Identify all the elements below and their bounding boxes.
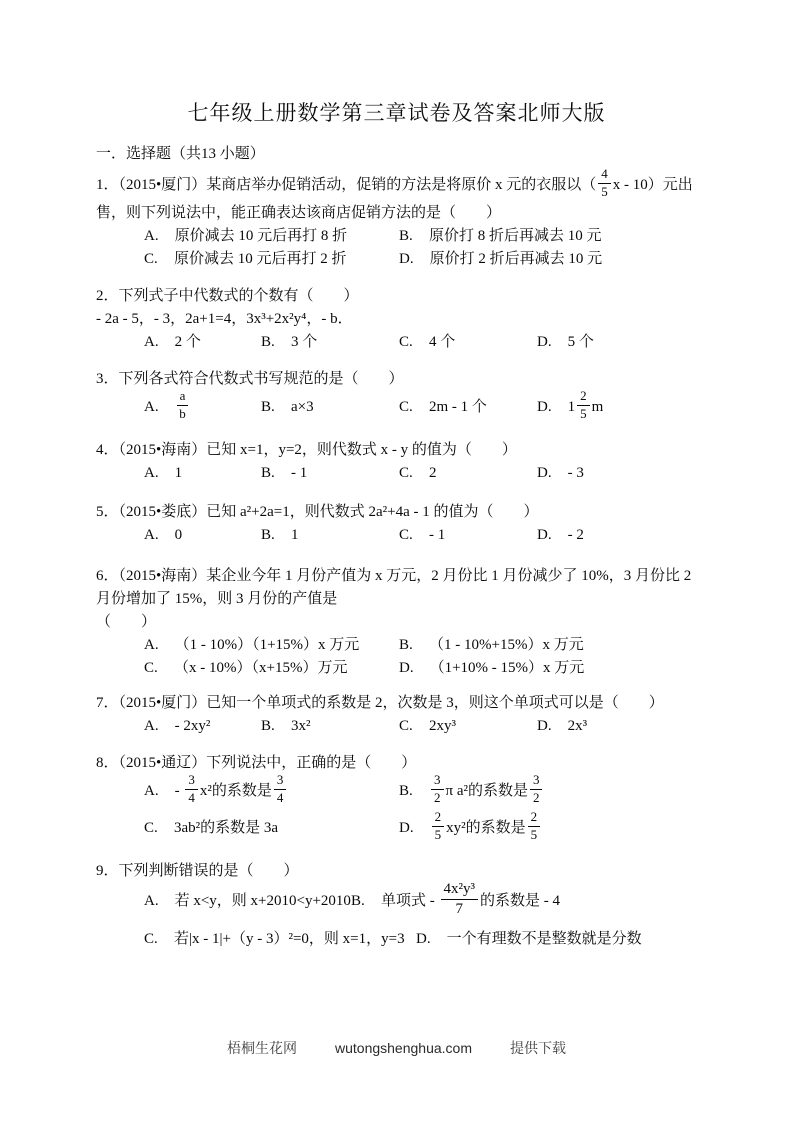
option-label: B. (399, 780, 413, 803)
option-c: C.（x - 10%）（x+15%）万元 (144, 657, 399, 680)
option-d: D.- 2 (537, 524, 697, 547)
footer-download-note: 提供下载 (510, 1042, 566, 1057)
fraction-numerator: 3 (185, 773, 198, 790)
option-text: 4 个 (429, 334, 455, 350)
question-3-stem: 3．下列各式符合代数式书写规范的是（ ） (96, 368, 697, 391)
option-text: 原价打 8 折后再减去 10 元 (429, 228, 602, 244)
option-label: B. (351, 890, 365, 913)
fraction-numerator: 3 (274, 773, 287, 790)
option-text: 3ab²的系数是 3a (174, 820, 278, 836)
option-text: - 1 (291, 465, 307, 481)
option-text: 的系数是 - 4 (480, 893, 560, 909)
option-a: A.若 x<y，则 x+2010<y+2010 (144, 890, 351, 913)
question-6-stem-line2: 月份增加了 15%，则 3 月份的产值是 (96, 588, 697, 611)
fraction: 32 (530, 773, 543, 806)
fraction: 34 (274, 773, 287, 806)
fraction: 34 (185, 773, 198, 806)
option-label: D. (537, 715, 552, 738)
option-text: 若|x - 1|+（y - 3）²=0，则 x=1，y=3 (174, 931, 405, 947)
question-8-stem: 8．（2015•通辽）下列说法中，正确的是（ ） (96, 752, 697, 775)
option-b: B.3 个 (261, 331, 399, 354)
option-label: D. (399, 817, 414, 840)
option-c: C.原价减去 10 元后再打 2 折 (144, 248, 399, 271)
option-label: C. (144, 657, 158, 680)
option-label: C. (399, 396, 413, 419)
option-text: 3x² (291, 718, 311, 734)
fraction-numerator: 3 (530, 773, 543, 790)
option-d: D.一个有理数不是整数就是分数 (416, 928, 642, 951)
option-b: B.单项式 - 4x²y³7的系数是 - 4 (351, 883, 560, 921)
option-text: π a²的系数是 (446, 783, 528, 799)
fraction: 25 (432, 810, 445, 843)
option-label: A. (144, 462, 159, 485)
option-label: D. (537, 331, 552, 354)
option-label: C. (144, 248, 158, 271)
question-6: 6．（2015•海南）某企业今年 1 月份产值为 x 万元，2 月份比 1 月份… (96, 565, 697, 680)
question-7-stem: 7．（2015•厦门）已知一个单项式的系数是 2，次数是 3，则这个单项式可以是… (96, 692, 697, 715)
option-text: xy²的系数是 (446, 820, 526, 836)
question-7: 7．（2015•厦门）已知一个单项式的系数是 2，次数是 3，则这个单项式可以是… (96, 692, 697, 738)
question-5-options: A.0 B.1 C.- 1 D.- 2 (144, 524, 697, 547)
option-label: C. (144, 817, 158, 840)
question-4-stem: 4．（2015•海南）已知 x=1，y=2，则代数式 x - y 的值为（ ） (96, 439, 697, 462)
fraction-denominator: 7 (441, 900, 479, 918)
option-b: B.（1 - 10%+15%）x 万元 (399, 634, 697, 657)
option-d: D.原价打 2 折后再减去 10 元 (399, 248, 697, 271)
fraction-numerator: 4 (598, 167, 611, 184)
question-3: 3．下列各式符合代数式书写规范的是（ ） A.ab B.a×3 C.2m - 1… (96, 368, 697, 424)
option-label: A. (144, 780, 159, 803)
option-d: D.（1+10% - 15%）x 万元 (399, 657, 697, 680)
fraction: 25 (528, 810, 541, 843)
fraction-denominator: 2 (431, 790, 444, 806)
question-8: 8．（2015•通辽）下列说法中，正确的是（ ） A.- 34x²的系数是34 … (96, 752, 697, 845)
question-6-options-row1: A.（1 - 10%）（1+15%）x 万元 B.（1 - 10%+15%）x … (144, 634, 697, 657)
question-2-expression: - 2a - 5，- 3，2a+1=4，3x³+2x²y⁴，- b． (96, 308, 697, 331)
option-b: B.32π a²的系数是32 (399, 775, 697, 808)
option-label: B. (399, 634, 413, 657)
option-text: 2m - 1 个 (429, 399, 487, 415)
fraction: ab (177, 389, 189, 422)
question-6-stem-line1: 6．（2015•海南）某企业今年 1 月份产值为 x 万元，2 月份比 1 月份… (96, 565, 697, 588)
question-3-options: A.ab B.a×3 C.2m - 1 个 D.125m (144, 391, 697, 424)
option-text: - 3 (568, 465, 584, 481)
question-9: 9．下列判断错误的是（ ） A.若 x<y，则 x+2010<y+2010 B.… (96, 860, 697, 952)
footer-site-name: 梧桐生花网 (227, 1042, 297, 1057)
fraction: 45 (598, 167, 611, 200)
question-1: 1．（2015•厦门）某商店举办促销活动，促销的方法是将原价 x 元的衣服以（4… (96, 169, 697, 271)
option-a: A.0 (144, 524, 261, 547)
option-label: A. (144, 715, 159, 738)
option-a: A.2 个 (144, 331, 261, 354)
option-label: A. (144, 225, 159, 248)
option-text: （1 - 10%+15%）x 万元 (429, 637, 584, 653)
fraction-numerator: 4x²y³ (441, 881, 479, 900)
option-b: B.- 1 (261, 462, 399, 485)
option-a: A.原价减去 10 元后再打 8 折 (144, 225, 399, 248)
question-8-options-row1: A.- 34x²的系数是34 B.32π a²的系数是32 (144, 775, 697, 808)
question-2-stem: 2．下列式子中代数式的个数有（ ） (96, 285, 697, 308)
option-label: B. (261, 715, 275, 738)
option-d: D.125m (537, 391, 697, 424)
option-text: 2 (429, 465, 437, 481)
fraction-numerator: 2 (577, 389, 590, 406)
option-text: m (592, 399, 604, 415)
section-heading: 一．选择题（共13 小题） (96, 143, 697, 166)
option-label: C. (144, 928, 158, 951)
fraction-numerator: 3 (431, 773, 444, 790)
option-d: D.- 3 (537, 462, 697, 485)
option-text: x²的系数是 (200, 783, 272, 799)
question-4-options: A.1 B.- 1 C.2 D.- 3 (144, 462, 697, 485)
option-text: 2xy³ (429, 718, 456, 734)
option-a: A.（1 - 10%）（1+15%）x 万元 (144, 634, 399, 657)
stem-text: x - 10）元出 (613, 177, 693, 193)
fraction-denominator: 5 (528, 827, 541, 843)
fraction-denominator: 2 (530, 790, 543, 806)
option-label: D. (537, 524, 552, 547)
option-label: D. (537, 462, 552, 485)
option-c: C.4 个 (399, 331, 537, 354)
option-label: B. (261, 331, 275, 354)
fraction-denominator: 5 (577, 406, 590, 422)
question-8-options-row2: C.3ab²的系数是 3a D.25xy²的系数是25 (144, 812, 697, 845)
option-label: A. (144, 890, 159, 913)
option-b: B.原价打 8 折后再减去 10 元 (399, 225, 697, 248)
fraction: 4x²y³7 (441, 881, 479, 919)
option-label: C. (399, 462, 413, 485)
question-7-options: A.- 2xy² B.3x² C.2xy³ D.2x³ (144, 715, 697, 738)
option-text: 5 个 (568, 334, 594, 350)
option-text: 2 个 (175, 334, 201, 350)
option-c: C.若|x - 1|+（y - 3）²=0，则 x=1，y=3 (144, 928, 416, 951)
option-text: - 2xy² (175, 718, 211, 734)
option-d: D.2x³ (537, 715, 697, 738)
question-6-options-row2: C.（x - 10%）（x+15%）万元 D.（1+10% - 15%）x 万元 (144, 657, 697, 680)
option-d: D.25xy²的系数是25 (399, 812, 697, 845)
option-label: B. (261, 396, 275, 419)
fraction-numerator: 2 (432, 810, 445, 827)
page-title: 七年级上册数学第三章试卷及答案北师大版 (96, 100, 697, 127)
option-label: A. (144, 396, 159, 419)
option-text: （1+10% - 15%）x 万元 (430, 660, 585, 676)
option-label: B. (399, 225, 413, 248)
question-6-stem-line3: （ ） (96, 611, 697, 634)
option-text: 单项式 - (381, 893, 439, 909)
question-5-stem: 5．（2015•娄底）已知 a²+2a=1，则代数式 2a²+4a - 1 的值… (96, 501, 697, 524)
option-text: （1 - 10%）（1+15%）x 万元 (175, 637, 360, 653)
option-text: （x - 10%）（x+15%）万元 (174, 660, 347, 676)
option-c: C.- 1 (399, 524, 537, 547)
option-text: - 1 (429, 527, 445, 543)
option-d: D.5 个 (537, 331, 697, 354)
option-text: 2x³ (568, 718, 588, 734)
fraction-denominator: b (177, 406, 189, 422)
question-1-stem-line1: 1．（2015•厦门）某商店举办促销活动，促销的方法是将原价 x 元的衣服以（4… (96, 169, 697, 202)
question-5: 5．（2015•娄底）已知 a²+2a=1，则代数式 2a²+4a - 1 的值… (96, 501, 697, 547)
option-label: C. (399, 715, 413, 738)
option-label: D. (416, 928, 431, 951)
option-text: 0 (175, 527, 183, 543)
option-text: - 2 (568, 527, 584, 543)
question-9-options-row2: C.若|x - 1|+（y - 3）²=0，则 x=1，y=3 D.一个有理数不… (144, 928, 697, 951)
option-label: D. (399, 657, 414, 680)
option-c: C.2m - 1 个 (399, 396, 537, 419)
option-text: 若 x<y，则 x+2010<y+2010 (175, 893, 351, 909)
fraction: 32 (431, 773, 444, 806)
option-text: 1 (291, 527, 299, 543)
question-9-stem: 9．下列判断错误的是（ ） (96, 860, 697, 883)
question-4: 4．（2015•海南）已知 x=1，y=2，则代数式 x - y 的值为（ ） … (96, 439, 697, 485)
option-a: A.1 (144, 462, 261, 485)
option-b: B.a×3 (261, 396, 399, 419)
option-text: 3 个 (291, 334, 317, 350)
option-label: A. (144, 524, 159, 547)
question-1-options-row2: C.原价减去 10 元后再打 2 折 D.原价打 2 折后再减去 10 元 (144, 248, 697, 271)
option-label: C. (399, 331, 413, 354)
option-label: A. (144, 331, 159, 354)
option-text: 原价打 2 折后再减去 10 元 (430, 251, 603, 267)
stem-text: 1．（2015•厦门）某商店举办促销活动，促销的方法是将原价 x 元的衣服以（ (96, 177, 596, 193)
option-c: C.2 (399, 462, 537, 485)
fraction-denominator: 5 (432, 827, 445, 843)
option-label: D. (399, 248, 414, 271)
fraction-numerator: 2 (528, 810, 541, 827)
question-2-options: A.2 个 B.3 个 C.4 个 D.5 个 (144, 331, 697, 354)
option-text: 原价减去 10 元后再打 2 折 (174, 251, 347, 267)
option-text: a×3 (291, 399, 314, 415)
option-a: A.- 2xy² (144, 715, 261, 738)
question-9-options-row1: A.若 x<y，则 x+2010<y+2010 B.单项式 - 4x²y³7的系… (144, 883, 697, 921)
question-2: 2．下列式子中代数式的个数有（ ） - 2a - 5，- 3，2a+1=4，3x… (96, 285, 697, 354)
option-b: B.3x² (261, 715, 399, 738)
option-c: C.3ab²的系数是 3a (144, 817, 399, 840)
fraction-denominator: 4 (274, 790, 287, 806)
option-a: A.- 34x²的系数是34 (144, 775, 399, 808)
fraction-denominator: 5 (598, 184, 611, 200)
document-page: 七年级上册数学第三章试卷及答案北师大版 一．选择题（共13 小题） 1．（201… (0, 0, 793, 951)
option-a: A.ab (144, 391, 261, 424)
option-label: D. (537, 396, 552, 419)
fraction: 25 (577, 389, 590, 422)
question-1-options-row1: A.原价减去 10 元后再打 8 折 B.原价打 8 折后再减去 10 元 (144, 225, 697, 248)
option-c: C.2xy³ (399, 715, 537, 738)
option-text: 1 (175, 465, 183, 481)
footer-site-url: wutongshenghua.com (335, 1040, 472, 1056)
option-b: B.1 (261, 524, 399, 547)
option-text: 一个有理数不是整数就是分数 (447, 931, 642, 947)
option-label: C. (399, 524, 413, 547)
option-label: B. (261, 524, 275, 547)
option-label: B. (261, 462, 275, 485)
option-text: 1 (568, 399, 576, 415)
fraction-denominator: 4 (185, 790, 198, 806)
option-label: A. (144, 634, 159, 657)
fraction-numerator: a (177, 389, 189, 406)
page-footer: 梧桐生花网wutongshenghua.com提供下载 (0, 1038, 793, 1060)
option-text: 原价减去 10 元后再打 8 折 (175, 228, 348, 244)
option-text: - (175, 783, 184, 799)
question-1-stem-line2: 售，则下列说法中，能正确表达该商店促销方法的是（ ） (96, 202, 697, 225)
